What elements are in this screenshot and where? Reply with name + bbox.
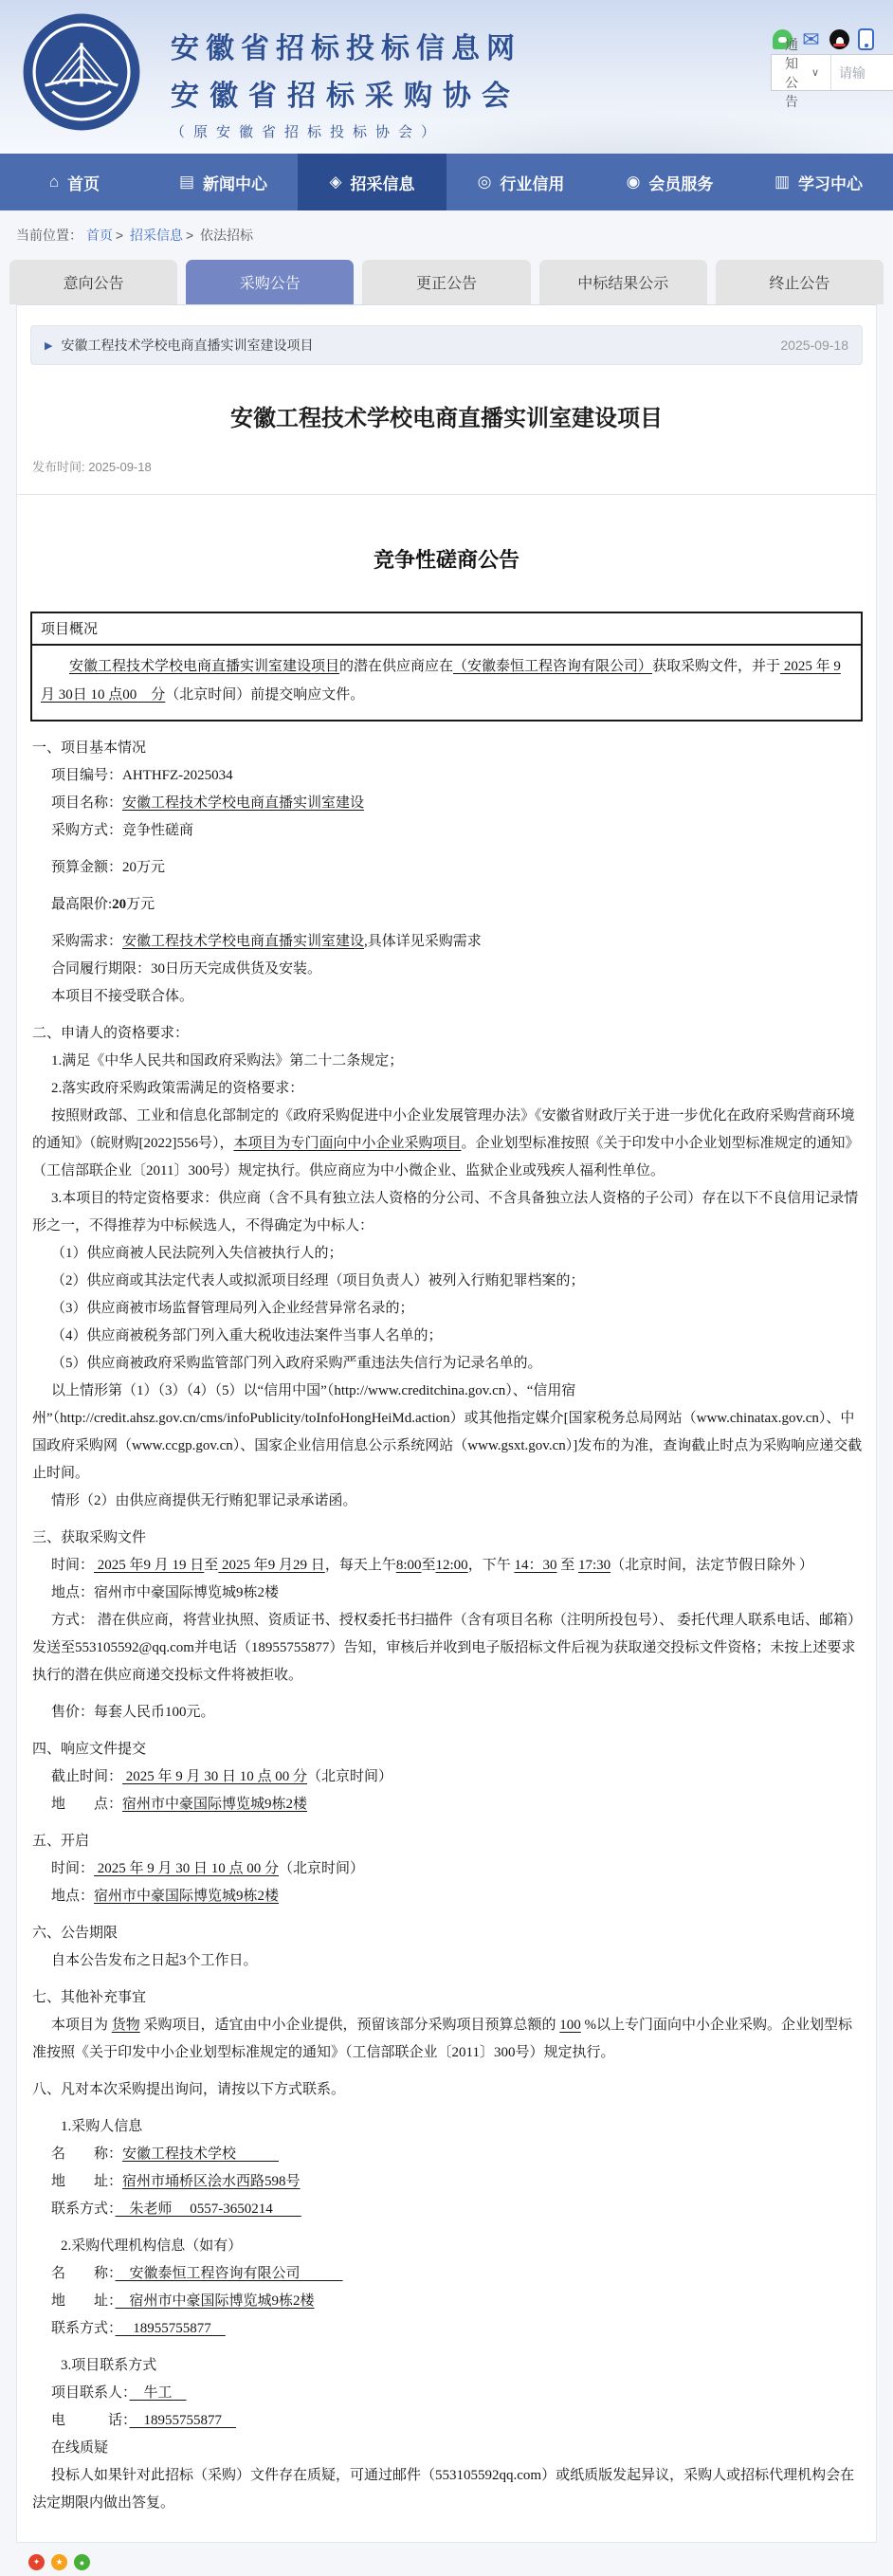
text-segment: ，每天上午 [325,1558,396,1573]
mail-icon[interactable]: ✉ [801,29,821,49]
tab-采购公告[interactable]: 采购公告 [186,260,354,304]
article-line: 方式： 潜在供应商，将营业执照、资质证书、授权委托书扫描件（含有项目名称（注明所… [32,1607,863,1690]
text-segment: 七、其他补充事宜 [32,1990,146,2005]
text-segment: 8:00 [396,1558,422,1573]
text-segment: 地 址： [51,2293,116,2309]
text-segment: 2025 年 9 月 30 日 10 点 00 分 [122,1769,307,1784]
text-segment: ,具体详见采购需求 [364,934,482,949]
text-segment: 万元 [126,897,155,912]
text-segment: 宿州市中豪国际博览城9栋2楼 [122,1797,307,1812]
article-line: 采购需求：安徽工程技术学校电商直播实训室建设,具体详见采购需求 [32,928,863,956]
text-segment: 预算金额：20万元 [51,860,165,875]
text-segment: 1.满足《中华人民共和国政府采购法》第二十二条规定； [51,1053,403,1069]
article-line: 名 称： 安徽泰恒工程咨询有限公司 [32,2260,863,2288]
tab-意向公告[interactable]: 意向公告 [9,260,177,304]
overview-label: 项目概况 [32,613,861,646]
article-line: 3.本项目的特定资格要求：供应商（含不具有独立法人资格的分公司、不含具备独立法人… [32,1185,863,1240]
article-line: 地点：宿州市中豪国际博览城9栋2楼 [32,1580,863,1607]
text-segment: 最高限价: [51,897,112,912]
text-segment: 合同履行期限：30日历天完成供货及安装。 [51,961,321,977]
text-segment: 至 [204,1558,218,1573]
article-line: （4）供应商被税务部门列入重大税收违法案件当事人名单的； [32,1323,863,1350]
text-segment: 采购需求： [51,934,122,949]
article-title: 安徽工程技术学校电商直播实训室建设项目 [36,399,857,432]
text-segment: 18955755877 [116,2321,226,2336]
text-segment: 3.本项目的特定资格要求：供应商（含不具有独立法人资格的分公司、不含具备独立法人… [32,1191,858,1233]
nav-icon: ▤ [179,173,194,192]
article-line: 六、公告期限 [32,1920,863,1947]
overview-text: 安徽工程技术学校电商直播实训室建设项目的潜在供应商应在（安徽泰恒工程咨询有限公司… [32,646,861,720]
text-segment: 项目编号：AHTHFZ-2025034 [51,768,233,783]
text-segment: 联系方式： [51,2201,116,2217]
nav-icon: ◉ [627,173,641,192]
text-segment: ，下午 [468,1558,515,1573]
text-segment: 18955755877 [130,2413,237,2428]
article-line: （3）供应商被市场监督管理局列入企业经营异常名录的； [32,1295,863,1323]
article-line: 时间： 2025 年 9 月 30 日 10 点 00 分（北京时间） [32,1855,863,1883]
text-segment: 地点： [51,1889,94,1904]
breadcrumb-link-home[interactable]: 首页 [86,228,113,243]
text-segment: （北京时间） [307,1769,392,1784]
text-segment: 安徽工程技术学校电商直播实训室建设项目 [69,659,339,674]
chevron-down-icon: ∨ [811,66,819,79]
text-segment: 五、开启 [32,1834,89,1849]
list-item-title: 安徽工程技术学校电商直播实训室建设项目 [61,336,780,355]
text-segment: 宿州市中豪国际博览城9栋2楼 [94,1889,279,1904]
search-category-select[interactable]: 通知公告 ∨ [772,55,831,90]
text-segment: （2）供应商或其法定代表人或拟派项目经理（项目负责人）被列入行贿犯罪档案的； [51,1273,585,1288]
site-title-line1: 安徽省招标投标信息网 [171,25,521,66]
text-segment: 100 [559,2018,581,2033]
article-line: 八、凡对本次采购提出询问，请按以下方式联系。 [32,2076,863,2104]
article-line: 名 称：安徽工程技术学校 [32,2141,863,2168]
text-segment: （安徽泰恒工程咨询有限公司） [453,659,652,674]
text-segment: 联系方式： [51,2321,116,2336]
text-segment: （5）供应商被政府采购监管部门列入政府采购严重违法失信行为记录名单的。 [51,1356,542,1371]
breadcrumb-separator: > [186,228,193,243]
share-wechat-icon[interactable]: ● [74,2554,90,2570]
breadcrumb-current: 依法招标 [200,228,253,243]
breadcrumb-link-section[interactable]: 招采信息 [130,228,183,243]
search-box: 通知公告 ∨ [771,54,893,91]
share-row: ✦ ★ ● [28,2554,893,2570]
article-line: 地 址：宿州市埇桥区浍水西路598号 [32,2168,863,2196]
search-category-label: 通知公告 [785,35,804,111]
text-segment: 12:00 [436,1558,468,1573]
nav-icon: ◈ [329,173,341,192]
article-line: 1.采购人信息 [32,2113,863,2141]
nav-item-label: 行业信用 [500,171,564,194]
text-segment: 自本公告发布之日起3个工作日。 [51,1953,258,1968]
divider [17,494,876,495]
text-segment: 投标人如果针对此招标（采购）文件存在质疑，可通过邮件（553105592qq.c… [32,2468,854,2511]
text-segment: 安徽工程技术学校电商直播实训室建设 [122,934,364,949]
nav-item-label: 新闻中心 [203,171,267,194]
text-segment: （4）供应商被税务部门列入重大税收违法案件当事人名单的； [51,1328,443,1343]
article-line: 三、获取采购文件 [32,1525,863,1552]
article-line: 2.采购代理机构信息（如有） [32,2233,863,2260]
text-segment: 情形（2）由供应商提供无行贿犯罪记录承诺函。 [51,1493,357,1508]
article-line: 采购方式：竞争性磋商 [32,817,863,845]
share-sina-icon[interactable]: ✦ [28,2554,45,2570]
breadcrumb: 当前位置： 首页> 招采信息> 依法招标 [0,210,893,254]
nav-item-label: 学习中心 [798,171,863,194]
page: 安徽省招标投标信息网 安徽省招标采购协会 （原安徽省招标投标协会） ✉ 通知公告… [0,0,893,2576]
nav-item-label: 会员服务 [648,171,713,194]
text-segment: 朱老师 0557-3650214 [116,2201,301,2217]
text-segment: 2025 年9 月29 日 [218,1558,325,1573]
text-segment: 电 话： [51,2413,130,2428]
article-line: 项目编号：AHTHFZ-2025034 [32,762,863,790]
main-nav: ⌂首页▤新闻中心◈招采信息◎行业信用◉会员服务▥学习中心▤ [0,154,893,210]
nav-item-label: 首页 [67,171,100,194]
text-segment: 截止时间： [51,1769,122,1784]
association-seal-icon [21,11,142,133]
article-line: 合同履行期限：30日历天完成供货及安装。 [32,956,863,983]
text-segment: 二、申请人的资格要求： [32,1026,189,1041]
article-line: 项目联系人： 牛工 [32,2380,863,2407]
article-line: 时间： 2025 年9 月 19 日至 2025 年9 月29 日，每天上午8:… [32,1552,863,1580]
article-line: 售价：每套人民币100元。 [32,1699,863,1726]
text-segment: 2025 年9 月 19 日 [94,1558,204,1573]
text-segment: （北京时间）前提交响应文件。 [165,687,364,703]
nav-item-首页[interactable]: ⌂首页 [0,154,149,210]
notice-title: 竞争性磋商公告 [17,544,876,574]
article-line: 项目名称：安徽工程技术学校电商直播实训室建设 [32,790,863,817]
share-qzone-icon[interactable]: ★ [51,2554,67,2570]
article-line: 联系方式： 朱老师 0557-3650214 [32,2196,863,2223]
text-segment: 安徽泰恒工程咨询有限公司 [116,2266,343,2281]
breadcrumb-separator: > [116,228,123,243]
article-line: 七、其他补充事宜 [32,1984,863,2012]
article-line: 按照财政部、工业和信息化部制定的《政府采购促进中小企业发展管理办法》《安徽省财政… [32,1103,863,1185]
text-segment: 时间： [51,1861,94,1876]
list-item-date: 2025-09-18 [780,338,848,353]
content-panel: ▶ 安徽工程技术学校电商直播实训室建设项目 2025-09-18 安徽工程技术学… [16,304,877,2543]
article-line: 二、申请人的资格要求： [32,1020,863,1048]
article-line: 四、响应文件提交 [32,1736,863,1763]
text-segment: 的潜在供应商应在 [339,659,453,674]
text-segment: 本项目不接受联合体。 [51,989,193,1004]
nav-item-行业信用[interactable]: ◎行业信用 [446,154,595,210]
text-segment: 四、响应文件提交 [32,1742,146,1757]
text-segment: 方式： 潜在供应商，将营业执照、资质证书、授权委托书扫描件（含有项目名称（注明所… [32,1613,862,1683]
text-segment: 货物 [112,2018,140,2033]
article-line: 以上情形第（1）（3）（4）（5）以“信用中国”（http://www.cred… [32,1378,863,1488]
article-line: 五、开启 [32,1828,863,1855]
text-segment: 项目名称： [51,795,122,811]
breadcrumb-label: 当前位置： [16,228,82,243]
text-segment: 名 称： [51,2147,122,2162]
site-titles: 安徽省招标投标信息网 安徽省招标采购协会 （原安徽省招标投标协会） [171,25,521,141]
article-line: 地点：宿州市中豪国际博览城9栋2楼 [32,1883,863,1910]
article-line: （1）供应商被人民法院列入失信被执行人的； [32,1240,863,1268]
text-segment: 宿州市埇桥区浍水西路598号 [122,2174,301,2189]
publish-time: 发布时间: 2025-09-18 [32,457,876,475]
article-line: 本项目为 货物 采购项目，适宜由中小企业提供，预留该部分采购项目预算总额的 10… [32,2012,863,2067]
text-segment: 地 址： [51,2174,122,2189]
triangle-right-icon: ▶ [45,339,52,352]
text-segment: 获取采购文件，并于 [652,659,780,674]
article-line: 截止时间： 2025 年 9 月 30 日 10 点 00 分（北京时间） [32,1763,863,1791]
text-segment: （1）供应商被人民法院列入失信被执行人的； [51,1246,343,1261]
article-line: 3.项目联系方式 [32,2352,863,2380]
nav-item-label: 招采信息 [351,171,415,194]
text-segment: 1.采购人信息 [61,2119,142,2134]
site-title-line3: （原安徽省招标投标协会） [171,121,521,141]
text-segment: 20 [112,897,126,912]
text-segment: 时间： [51,1558,94,1573]
site-title-line2: 安徽省招标采购协会 [171,72,521,114]
text-segment: 名 称： [51,2266,116,2281]
tab-更正公告[interactable]: 更正公告 [362,260,530,304]
project-overview-box: 项目概况 安徽工程技术学校电商直播实训室建设项目的潜在供应商应在（安徽泰恒工程咨… [30,612,863,722]
text-segment: 一、项目基本情况 [32,740,146,756]
article-line: 预算金额：20万元 [32,854,863,882]
text-segment: （北京时间） [279,1861,364,1876]
text-segment: 至 [556,1558,578,1573]
text-segment: 售价：每套人民币100元。 [51,1705,215,1720]
nav-icon: ⌂ [49,173,59,192]
text-segment: （北京时间，法定节假日除外 ） [611,1558,813,1573]
article-line: 情形（2）由供应商提供无行贿犯罪记录承诺函。 [32,1488,863,1515]
text-segment: 安徽工程技术学校 [122,2147,279,2162]
mobile-icon[interactable] [858,28,874,50]
article-line: 联系方式： 18955755877 [32,2315,863,2343]
text-segment: 2.采购代理机构信息（如有） [61,2238,242,2254]
article-line: 在线质疑 [32,2435,863,2462]
text-segment: 以上情形第（1）（3）（4）（5）以“信用中国”（http://www.cred… [32,1383,862,1481]
nav-item-学习中心[interactable]: ▥学习中心 [744,154,893,210]
text-segment: 在线质疑 [51,2440,108,2456]
qq-icon[interactable] [829,29,849,49]
article-line: 自本公告发布之日起3个工作日。 [32,1947,863,1975]
text-segment: 14：30 [514,1558,556,1573]
text-segment: 项目联系人： [51,2385,130,2401]
article-line: （2）供应商或其法定代表人或拟派项目经理（项目负责人）被列入行贿犯罪档案的； [32,1268,863,1295]
text-segment: 2.落实政府采购政策需满足的资格要求： [51,1081,303,1096]
tabs: 意向公告采购公告更正公告中标结果公示终止公告 [9,260,884,304]
text-segment: 安徽工程技术学校电商直播实训室建设 [122,795,364,811]
text-segment: 17:30 [578,1558,611,1573]
text-segment: 地 点： [51,1797,122,1812]
article-line: 投标人如果针对此招标（采购）文件存在质疑，可通过邮件（553105592qq.c… [32,2462,863,2517]
text-segment: 三、获取采购文件 [32,1530,146,1545]
text-segment: 采购项目，适宜由中小企业提供，预留该部分采购项目预算总额的 [140,2018,560,2033]
site-header: 安徽省招标投标信息网 安徽省招标采购协会 （原安徽省招标投标协会） ✉ 通知公告… [0,0,893,154]
nav-icon: ▥ [775,173,790,192]
text-segment: 六、公告期限 [32,1926,118,1941]
text-segment: 至 [422,1558,436,1573]
text-segment: 2025 年 9 月 30 日 10 点 00 分 [94,1861,279,1876]
text-segment: 采购方式：竞争性磋商 [51,823,193,838]
nav-item-新闻中心[interactable]: ▤新闻中心 [149,154,298,210]
article-line: 1.满足《中华人民共和国政府采购法》第二十二条规定； [32,1048,863,1075]
text-segment: 八、凡对本次采购提出询问，请按以下方式联系。 [32,2082,345,2097]
article-line: 地 点：宿州市中豪国际博览城9栋2楼 [32,1791,863,1818]
nav-item-招采信息[interactable]: ◈招采信息 [298,154,446,210]
site-logo [21,11,142,133]
article-line: 2.落实政府采购政策需满足的资格要求： [32,1075,863,1103]
tab-终止公告[interactable]: 终止公告 [716,260,884,304]
text-segment: （3）供应商被市场监督管理局列入企业经营异常名录的； [51,1301,414,1316]
article-body: 一、项目基本情况项目编号：AHTHFZ-2025034项目名称：安徽工程技术学校… [32,735,863,2517]
search-input[interactable] [831,55,893,90]
text-segment: 宿州市中豪国际博览城9栋2楼 [116,2293,315,2309]
nav-item-会员服务[interactable]: ◉会员服务 [595,154,744,210]
article-line: 地 址： 宿州市中豪国际博览城9栋2楼 [32,2288,863,2315]
article-line: 本项目不接受联合体。 [32,983,863,1011]
article-line: 最高限价:20万元 [32,891,863,919]
text-segment: 本项目为专门面向中小企业采购项目 [234,1136,462,1151]
article-line: 一、项目基本情况 [32,735,863,762]
text-segment: 牛工 [130,2385,187,2401]
announcement-list-item[interactable]: ▶ 安徽工程技术学校电商直播实训室建设项目 2025-09-18 [30,325,863,365]
text-segment: 本项目为 [51,2018,112,2033]
article-line: （5）供应商被政府采购监管部门列入政府采购严重违法失信行为记录名单的。 [32,1350,863,1378]
text-segment: 3.项目联系方式 [61,2358,156,2373]
tab-中标结果公示[interactable]: 中标结果公示 [539,260,707,304]
nav-icon: ◎ [478,173,492,192]
article-line: 电 话： 18955755877 [32,2407,863,2435]
text-segment: 地点：宿州市中豪国际博览城9栋2楼 [51,1585,279,1600]
